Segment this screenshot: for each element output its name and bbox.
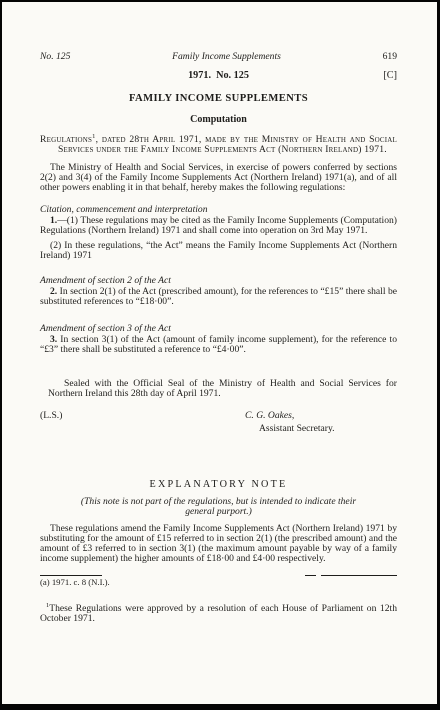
signatory-name: C. G. Oakes,: [245, 411, 367, 421]
document-title: FAMILY INCOME SUPPLEMENTS: [40, 94, 397, 104]
running-header-title: Family Income Supplements: [172, 52, 281, 62]
rule-dash-short: [305, 575, 316, 576]
paragraph-text: In section 3(1) of the Act (amount of fa…: [40, 334, 397, 355]
masthead-year-number: 1971. No. 125: [188, 70, 249, 81]
paragraph-text: (2) In these regulations, “the Act” mean…: [40, 240, 397, 261]
class-mark: [C]: [383, 71, 397, 81]
seal-mark: (L.S.): [40, 411, 62, 434]
running-header-number: No. 125: [40, 52, 70, 62]
approval-footnote-text: These Regulations were approved by a res…: [40, 603, 397, 624]
statute-reference-footnote: (a) 1971. c. 8 (N.I.).: [40, 578, 397, 588]
signatory-title: Assistant Secretary.: [259, 424, 367, 434]
document-page: No. 125 Family Income Supplements 619 19…: [0, 0, 440, 710]
regulation-paragraph-2: 2. In section 2(1) of the Act (prescribe…: [40, 287, 397, 307]
section-heading-amendment-3: Amendment of section 3 of the Act: [40, 324, 397, 334]
section-amendment-3: Amendment of section 3 of the Act 3. In …: [40, 324, 397, 355]
signature-row: (L.S.) C. G. Oakes, Assistant Secretary.: [40, 411, 397, 434]
sealing-clause: Sealed with the Official Seal of the Min…: [40, 379, 397, 399]
footnote-rule-left: [40, 575, 102, 576]
footnote-rule-right: [305, 575, 397, 576]
recital-paragraph: The Ministry of Health and Social Servic…: [40, 163, 397, 193]
explanatory-note-subnote: (This note is not part of the regulation…: [69, 497, 369, 517]
explanatory-note-body: These regulations amend the Family Incom…: [40, 524, 397, 564]
section-heading-amendment-2: Amendment of section 2 of the Act: [40, 276, 397, 286]
regulation-paragraph-3: 3. In section 3(1) of the Act (amount of…: [40, 335, 397, 355]
document-subtitle: Computation: [40, 115, 397, 125]
preamble-rest: , dated 28th April 1971, made by the Min…: [58, 134, 397, 155]
running-header: No. 125 Family Income Supplements 619: [40, 52, 397, 62]
rule-dash-long: [321, 575, 397, 576]
regulation-paragraph-1: 1.—(1) These regulations may be cited as…: [40, 216, 397, 236]
section-heading-citation: Citation, commencement and interpretatio…: [40, 205, 397, 215]
approval-footnote: 1These Regulations were approved by a re…: [40, 604, 397, 624]
masthead-year-number-line: 1971. No. 125 [C]: [40, 71, 397, 81]
regulation-paragraph-1-2: (2) In these regulations, “the Act” mean…: [40, 241, 397, 261]
running-header-page-number: 619: [383, 52, 397, 62]
paragraph-text: In section 2(1) of the Act (prescribed a…: [40, 286, 397, 307]
section-amendment-2: Amendment of section 2 of the Act 2. In …: [40, 276, 397, 307]
section-citation: Citation, commencement and interpretatio…: [40, 205, 397, 261]
explanatory-note-heading: EXPLANATORY NOTE: [40, 480, 397, 490]
paragraph-text: —(1) These regulations may be cited as t…: [40, 215, 397, 236]
footnote-separator: [40, 574, 397, 576]
signature-block: C. G. Oakes, Assistant Secretary.: [245, 411, 367, 434]
preamble-paragraph: Regulations1, dated 28th April 1971, mad…: [40, 135, 397, 155]
